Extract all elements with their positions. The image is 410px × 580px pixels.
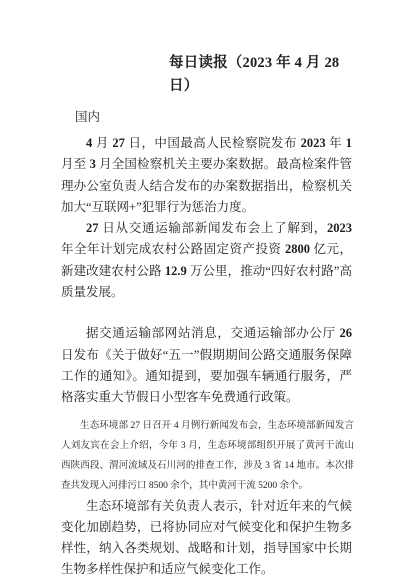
paragraph-holiday-traffic-notice: 据交通运输部网站消息，交通运输部办公厅 26 日发布《关于做好“五一”假期期间公… bbox=[61, 323, 352, 408]
paragraph-rural-road-investment: 27 日从交通运输部新闻发布会上了解到，2023 年全年计划完成农村公路固定资产… bbox=[61, 218, 352, 303]
paragraph-ecology-press-conference: 生态环境部 27 日召开 4 月例行新闻发布会，生态环境部新闻发言人刘友宾在会上… bbox=[61, 416, 354, 496]
document-page: 每日读报（2023 年 4 月 28 日） 国内 4 月 27 日，中国最高人民… bbox=[0, 0, 410, 580]
paragraph-procuratorate-case-data: 4 月 27 日，中国最高人民检察院发布 2023 年 1 月至 3 月全国检察… bbox=[61, 133, 352, 218]
section-label-domestic: 国内 bbox=[75, 108, 352, 126]
document-title: 每日读报（2023 年 4 月 28 日） bbox=[169, 52, 361, 98]
paragraph-climate-biodiversity: 生态环境部有关负责人表示，针对近年来的气候变化加剧趋势，已将协同应对气候变化和保… bbox=[61, 496, 352, 580]
